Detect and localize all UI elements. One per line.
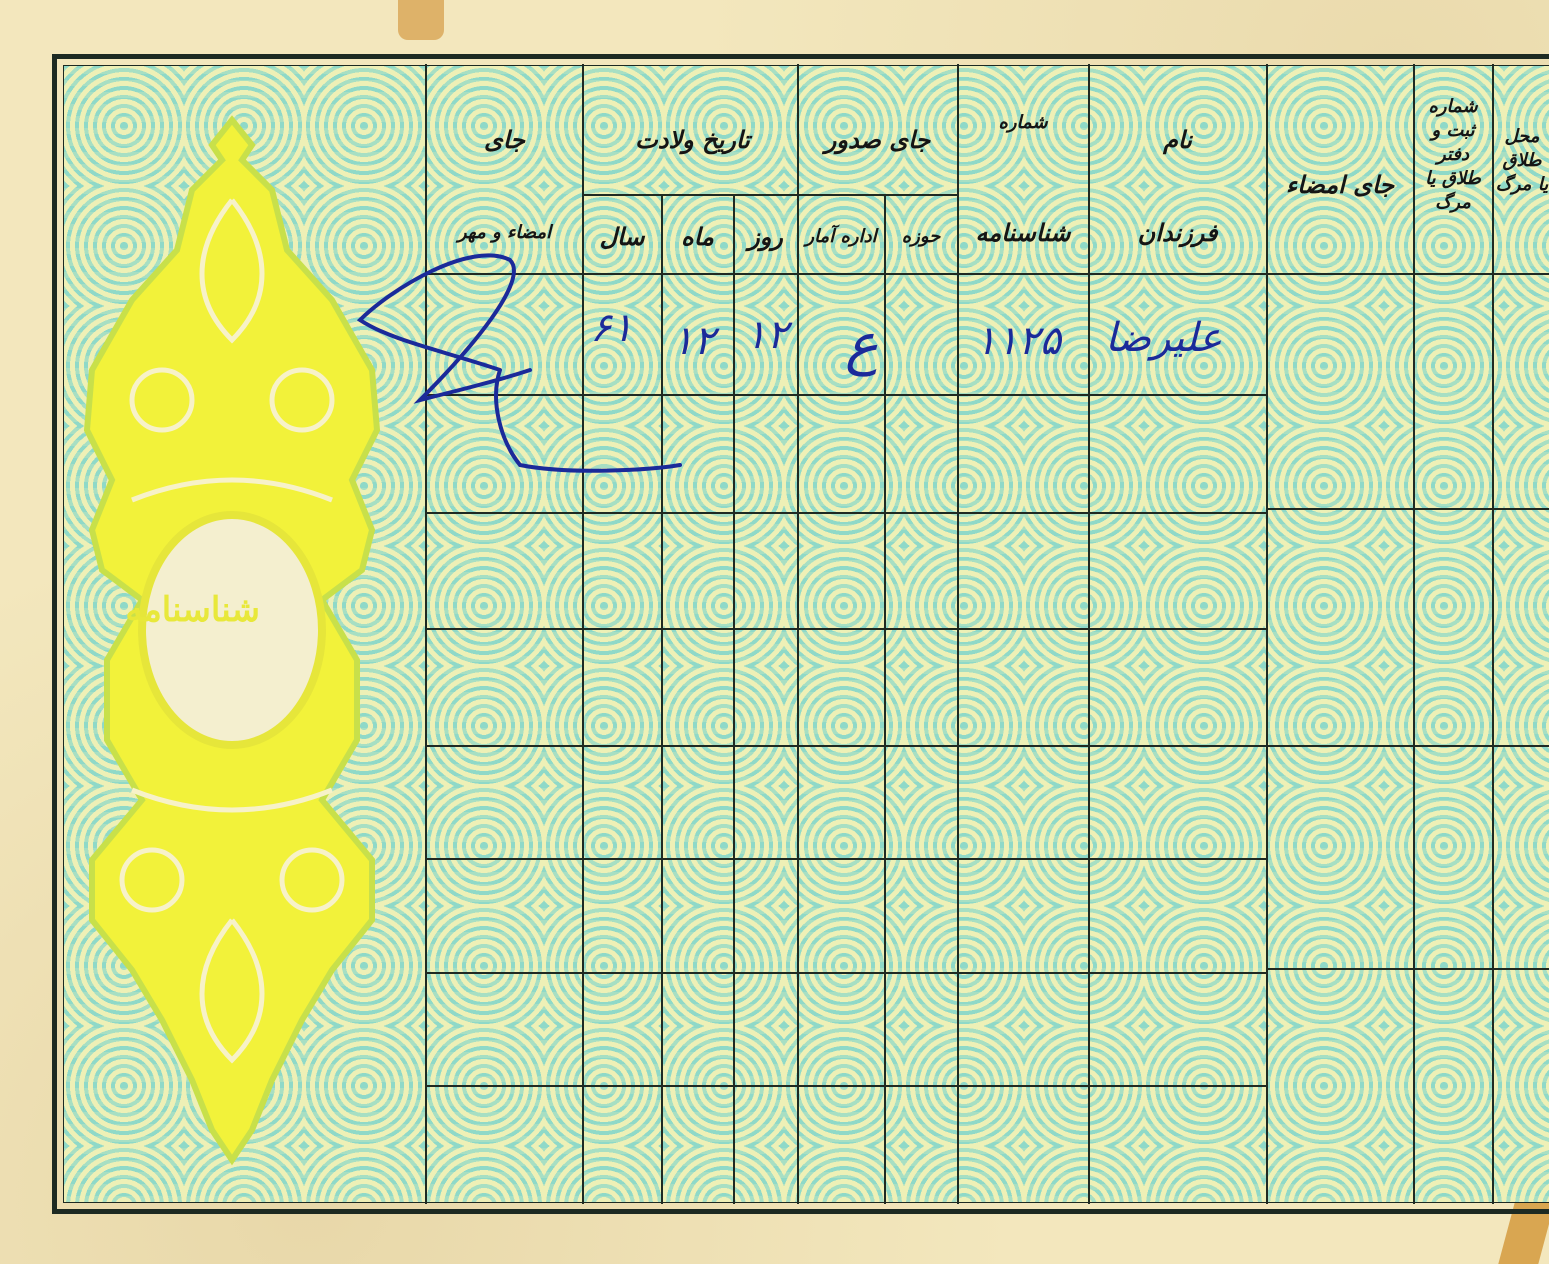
cell-issue-office: ع [845, 312, 878, 377]
header-children: فرزندان [1091, 218, 1264, 247]
cell-id-number: ۱۱۲۵ [975, 318, 1061, 364]
header-birth-date: تاریخ ولادت [590, 125, 795, 154]
header-issue-office: اداره آمار [800, 226, 882, 247]
header-signature-place: جای [432, 125, 577, 154]
header-divorce-place: محل طلاق یا مرگ [1495, 125, 1549, 197]
header-child-name: نام [1091, 125, 1264, 154]
cell-child-name: علیرضا [1105, 315, 1222, 361]
header-divorce-record: شماره ثبت و دفتر طلاق یا مرگ [1416, 95, 1490, 215]
ornament-label: شناسنامه [140, 590, 260, 630]
header-issue-district: حوزه [887, 226, 955, 247]
tape-mark [398, 0, 444, 40]
cell-day: ۱۲ [745, 312, 788, 358]
header-id-number: شماره [960, 112, 1086, 133]
header-issue-place: جای صدور [800, 125, 955, 154]
handwritten-signature-icon [350, 240, 700, 490]
decorative-ornament-icon [72, 100, 392, 1170]
header-signature-place-2: جای امضاء [1269, 170, 1411, 199]
header-day: روز [736, 222, 795, 251]
header-id-certificate: شناسنامه [960, 218, 1086, 247]
